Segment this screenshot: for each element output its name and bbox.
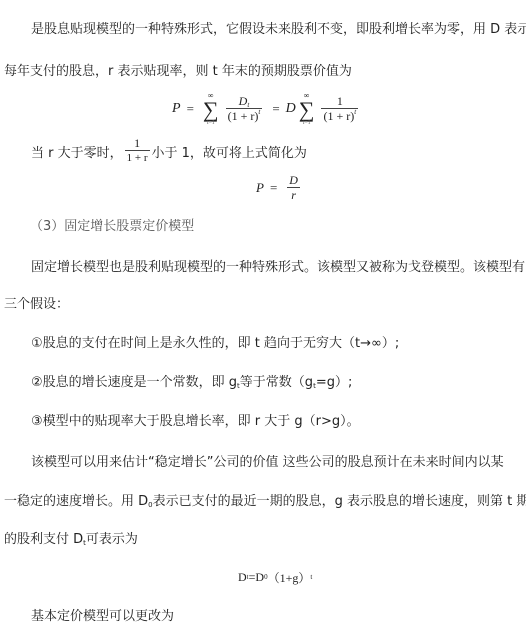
text: ③模型中的贴现率大于股息增长率，即 r 大于 g（r>g）。 xyxy=(31,414,360,429)
text: 该模型可以用来估计“稳定增长”公司的价值 这些公司的股息预计在未来时间内以某 xyxy=(31,455,504,470)
summation-icon: ∞ ∑ t=1 xyxy=(299,92,315,127)
text: 的股利支付 D xyxy=(4,532,83,547)
text: 三个假设： xyxy=(4,297,69,312)
paragraph-r-greater-than-zero: 当 r 大于零时， 1 1 + r 小于 1，故可将上式简化为 xyxy=(31,139,307,169)
summation-icon: ∞ ∑ t=1 xyxy=(203,92,219,127)
paragraph-basic-pricing-model: 基本定价模型可以更改为 xyxy=(31,608,174,624)
heading-text: （3）固定增长股票定价模型 xyxy=(30,219,194,234)
text: ②股息的增长速度是一个常数，即 g xyxy=(31,375,237,390)
text: 基本定价模型可以更改为 xyxy=(31,609,174,624)
formula-simplified: P = D r xyxy=(256,172,304,204)
formula-dividend-growth: Dt=D0（1+g）t xyxy=(238,568,312,586)
text: 表示已支付的最近一期的股息，g 表示股息的增长速度，则第 t 期 xyxy=(153,494,526,509)
assumption-3: ③模型中的贴现率大于股息增长率，即 r 大于 g（r>g）。 xyxy=(31,413,360,431)
paragraph-stable-growth-line1: 该模型可以用来估计“稳定增长”公司的价值 这些公司的股息预计在未来时间内以某 xyxy=(31,454,504,472)
text: 固定增长模型也是股利贴现模型的一种特殊形式。该模型又被称为戈登模型。该模型有 xyxy=(31,260,525,275)
formula-equals: = xyxy=(187,101,194,117)
formula-lhs: P xyxy=(172,101,181,117)
formula-term: =D xyxy=(249,570,264,585)
formula-equals-2: = xyxy=(272,101,279,117)
formula-equals: = xyxy=(270,180,277,196)
formula-term: D xyxy=(238,570,247,585)
text: 每年支付的股息，r 表示贴现率，则 t 年末的预期股票价值为 xyxy=(4,64,352,79)
text: 小于 1，故可将上式简化为 xyxy=(152,145,307,163)
text: =g）; xyxy=(316,375,353,390)
formula-coefficient: D xyxy=(286,101,296,117)
text: 是股息贴现模型的一种特殊形式，它假设未来股利不变，即股利增长率为零，用 D 表示 xyxy=(31,22,526,37)
paragraph-constant-growth-line1: 固定增长模型也是股利贴现模型的一种特殊形式。该模型又被称为戈登模型。该模型有 xyxy=(31,259,525,277)
text: 当 r 大于零时， xyxy=(31,145,123,163)
section-heading-constant-growth: （3）固定增长股票定价模型 xyxy=(30,218,194,236)
paragraph-zero-growth-line1: 是股息贴现模型的一种特殊形式，它假设未来股利不变，即股利增长率为零，用 D 表示 xyxy=(31,21,526,39)
paragraph-stable-growth-line2: 一稳定的速度增长。用 D0表示已支付的最近一期的股息，g 表示股息的增长速度，则… xyxy=(4,493,526,511)
formula-term: （1+g） xyxy=(268,569,311,586)
fraction-dt-over-1-plus-r: Dt (1 + r)t xyxy=(226,95,263,123)
text: 一稳定的速度增长。用 D xyxy=(4,494,148,509)
inline-fraction-1-over-1-plus-r: 1 1 + r xyxy=(125,137,150,165)
formula-lhs: P xyxy=(256,180,264,196)
assumption-1: ①股息的支付在时间上是永久性的，即 t 趋向于无穷大（t→∞）; xyxy=(31,335,399,353)
paragraph-zero-growth-line2: 每年支付的股息，r 表示贴现率，则 t 年末的预期股票价值为 xyxy=(4,63,352,81)
paragraph-constant-growth-line2: 三个假设： xyxy=(4,296,69,314)
formula-zero-growth-sum: P = ∞ ∑ t=1 Dt (1 + r)t = D ∞ ∑ t=1 1 (1… xyxy=(172,90,362,128)
text: 等于常数（g xyxy=(240,375,313,390)
fraction-1-over-1-plus-r: 1 (1 + r)t xyxy=(321,95,358,123)
text: 可表示为 xyxy=(86,532,138,547)
assumption-2: ②股息的增长速度是一个常数，即 gt等于常数（gt=g）; xyxy=(31,374,352,392)
text: ①股息的支付在时间上是永久性的，即 t 趋向于无穷大（t→∞）; xyxy=(31,336,399,351)
paragraph-stable-growth-line3: 的股利支付 Dt可表示为 xyxy=(4,531,138,549)
fraction-d-over-r: D r xyxy=(287,174,300,202)
